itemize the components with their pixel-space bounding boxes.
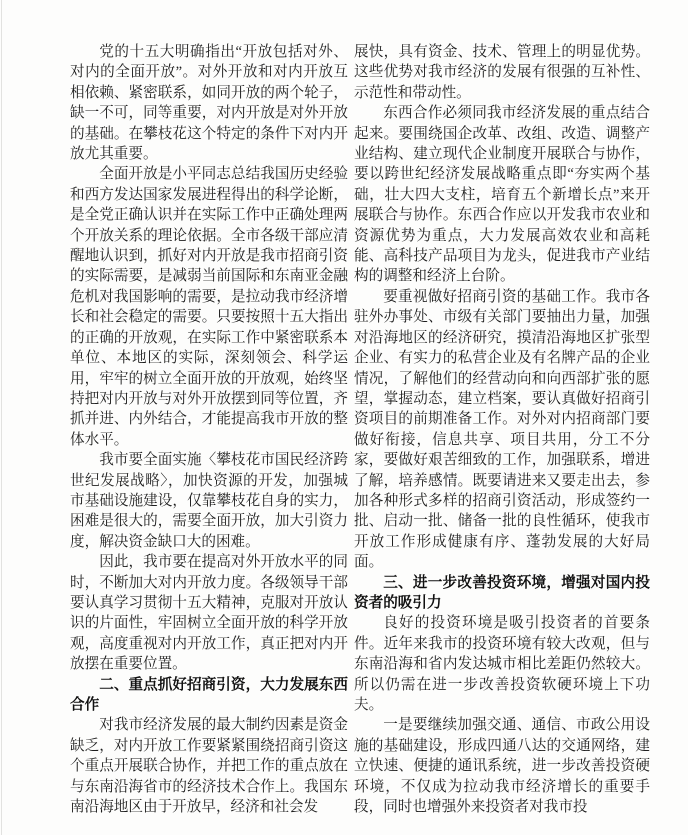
paragraph: 展快，具有资金、技术、管理上的明显优势。这些优势对我市经济的发展有很强的互补性、… xyxy=(354,42,650,103)
paragraph: 全面开放是小平同志总结我国历史经验和西方发达国家发展进程得出的科学论断，是全党正… xyxy=(70,164,348,450)
book-page: 党的十五大明确指出“开放包括对外、对内的全面开放”。对外开放和对内开放互相依赖、… xyxy=(0,0,688,835)
section-heading: 二、重点抓好招商引资，大力发展东西合作 xyxy=(70,675,348,716)
paragraph: 因此，我市要在提高对外开放水平的同时，不断加大对内开放力度。各级领导干部要认真学… xyxy=(70,552,348,674)
text-column-left: 党的十五大明确指出“开放包括对外、对内的全面开放”。对外开放和对内开放互相依赖、… xyxy=(70,42,348,820)
page-content: 党的十五大明确指出“开放包括对外、对内的全面开放”。对外开放和对内开放互相依赖、… xyxy=(70,42,650,820)
text-column-right: 展快，具有资金、技术、管理上的明显优势。这些优势对我市经济的发展有很强的互补性、… xyxy=(354,42,650,820)
paragraph: 一是要继续加强交通、通信、市政公用设施的基础建设，形成四通八达的交通网络，建立快… xyxy=(354,715,650,817)
paragraph: 党的十五大明确指出“开放包括对外、对内的全面开放”。对外开放和对内开放互相依赖、… xyxy=(70,42,348,164)
scan-edge-line xyxy=(1,0,2,835)
paragraph: 我市要全面实施〈攀枝花市国民经济跨世纪发展战略〉，加快资源的开发，加强城市基础设… xyxy=(70,450,348,552)
paragraph: 对我市经济发展的最大制约因素是资金缺乏，对内开放工作要紧紧围绕招商引资这个重点开… xyxy=(70,715,348,817)
paragraph: 良好的投资环境是吸引投资者的首要条件。近年来我市的投资环境有较大改观，但与东南沿… xyxy=(354,613,650,715)
paragraph: 要重视做好招商引资的基础工作。我市各驻外办事处、市级有关部门要抽出力量，加强对沿… xyxy=(354,287,650,573)
paragraph: 东西合作必须同我市经济发展的重点结合起来。要围绕国企改革、改组、改造、调整产业结… xyxy=(354,103,650,287)
section-heading: 三、进一步改善投资环境，增强对国内投资者的吸引力 xyxy=(354,573,650,614)
